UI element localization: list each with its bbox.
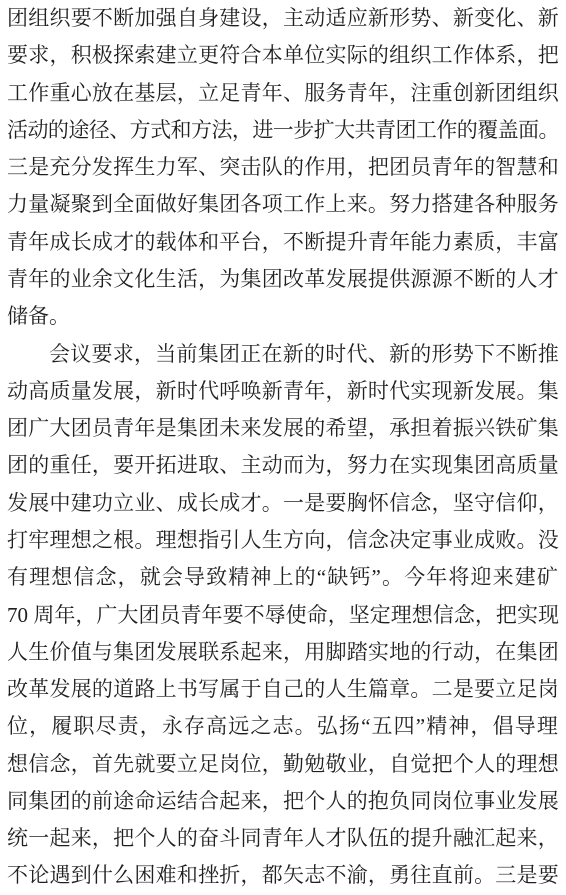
text-line: 要求，积极探索建立更符合本单位实际的组织工作体系，把 xyxy=(7,37,559,74)
text-line: 人生价值与集团发展联系起来，用脚踏实地的行动，在集团 xyxy=(7,634,559,671)
text-line: 位，履职尽责，永存高远之志。弘扬“五四”精神，倡导理 xyxy=(7,708,559,745)
text-line: 动高质量发展，新时代呼唤新青年，新时代实现新发展。集 xyxy=(7,373,559,410)
text-line: 不论遇到什么困难和挫折，都矢志不渝，勇往直前。三是要 xyxy=(7,857,559,894)
text-line: 想信念，首先就要立足岗位，勤勉敬业，自觉把个人的理想 xyxy=(7,746,559,783)
text-line: 青年成长成才的载体和平台，不断提升青年能力素质，丰富 xyxy=(7,224,559,261)
text-line: 同集团的前途命运结合起来，把个人的抱负同岗位事业发展 xyxy=(7,783,559,820)
document-page: 团组织要不断加强自身建设，主动适应新形势、新变化、新要求，积极探索建立更符合本单… xyxy=(0,0,566,895)
text-line: 有理想信念，就会导致精神上的“缺钙”。今年将迎来建矿 xyxy=(7,559,559,596)
text-line: 会议要求，当前集团正在新的时代、新的形势下不断推 xyxy=(7,336,559,373)
text-line: 青年的业余文化生活，为集团改革发展提供源源不断的人才 xyxy=(7,261,559,298)
text-line: 团的重任，要开拓进取、主动而为，努力在实现集团高质量 xyxy=(7,447,559,484)
text-line: 活动的途径、方式和方法，进一步扩大共青团工作的覆盖面。 xyxy=(7,112,559,149)
text-line: 统一起来，把个人的奋斗同青年人才队伍的提升融汇起来， xyxy=(7,820,559,857)
text-line: 改革发展的道路上书写属于自己的人生篇章。二是要立足岗 xyxy=(7,671,559,708)
text-line: 团组织要不断加强自身建设，主动适应新形势、新变化、新 xyxy=(7,0,559,37)
text-line: 发展中建功立业、成长成才。一是要胸怀信念，坚守信仰， xyxy=(7,485,559,522)
text-line: 工作重心放在基层，立足青年、服务青年，注重创新团组织 xyxy=(7,75,559,112)
text-line: 团广大团员青年是集团未来发展的希望，承担着振兴铁矿集 xyxy=(7,410,559,447)
text-line: 储备。 xyxy=(7,298,559,335)
text-line: 三是充分发挥生力军、突击队的作用，把团员青年的智慧和 xyxy=(7,149,559,186)
text-line: 力量凝聚到全面做好集团各项工作上来。努力搭建各种服务 xyxy=(7,186,559,223)
text-line: 打牢理想之根。理想指引人生方向，信念决定事业成败。没 xyxy=(7,522,559,559)
text-line: 70 周年，广大团员青年要不辱使命，坚定理想信念，把实现 xyxy=(7,597,559,634)
document-text: 团组织要不断加强自身建设，主动适应新形势、新变化、新要求，积极探索建立更符合本单… xyxy=(7,0,559,895)
